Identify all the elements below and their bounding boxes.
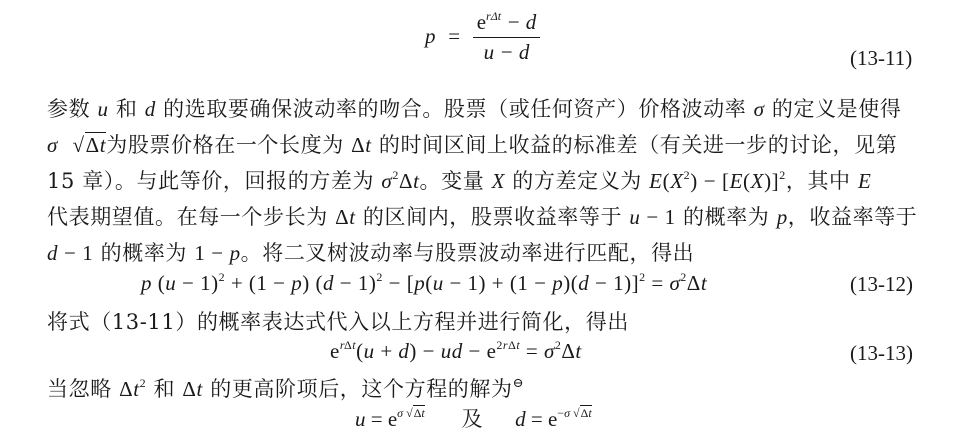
paragraph-1-line-4: 代表期望值。在每一个步长为 Δt 的区间内，股票收益率等于 u − 1 的概率为… bbox=[47, 201, 917, 231]
equation-13-12: p (u − 1)2 + (1 − p) (d − 1)2 − [p(u − 1… bbox=[141, 271, 707, 296]
paragraph-1-line-1: 参数 u 和 d 的选取要确保波动率的吻合。股票（或任何资产）价格波动率 σ 的… bbox=[47, 93, 901, 123]
equation-number-13-11: (13-11) bbox=[850, 46, 912, 71]
eq-numerator: erΔt − d bbox=[473, 10, 541, 38]
eq-fraction: erΔt − d u − d bbox=[473, 10, 541, 65]
paragraph-1-line-3: 15 章）。与此等价，回报的方差为 σ2Δt。变量 X 的方差定义为 E(X2)… bbox=[47, 165, 871, 195]
eq-denominator: u − d bbox=[484, 38, 530, 65]
solution-line: u = eσ √Δt 及 d = e−σ √Δt bbox=[355, 403, 592, 433]
solution-conjunction: 及 bbox=[461, 407, 482, 431]
footnote-marker[interactable]: ⊖ bbox=[513, 376, 525, 391]
eq-equals: = bbox=[448, 24, 460, 48]
equation-number-13-12: (13-12) bbox=[850, 272, 913, 297]
paragraph-1-line-5: d − 1 的概率为 1 − p。将二叉树波动率与股票波动率进行匹配，得出 bbox=[47, 237, 694, 267]
paragraph-3-line-1: 当忽略 Δt2 和 Δt 的更高阶项后，这个方程的解为⊖ bbox=[47, 373, 524, 403]
equation-13-13: erΔt(u + d) − ud − e2rΔt = σ2Δt bbox=[330, 339, 582, 364]
paragraph-1-line-2: σ √Δt为股票价格在一个长度为 Δt 的时间区间上收益的标准差（有关进一步的讨… bbox=[47, 129, 897, 159]
equation-number-13-13: (13-13) bbox=[850, 341, 913, 366]
paragraph-2-line-1: 将式（13-11）的概率表达式代入以上方程并进行简化，得出 bbox=[47, 306, 629, 336]
equation-13-11: p = erΔt − d u − d bbox=[425, 10, 540, 65]
eq-lhs-p: p bbox=[425, 24, 436, 48]
